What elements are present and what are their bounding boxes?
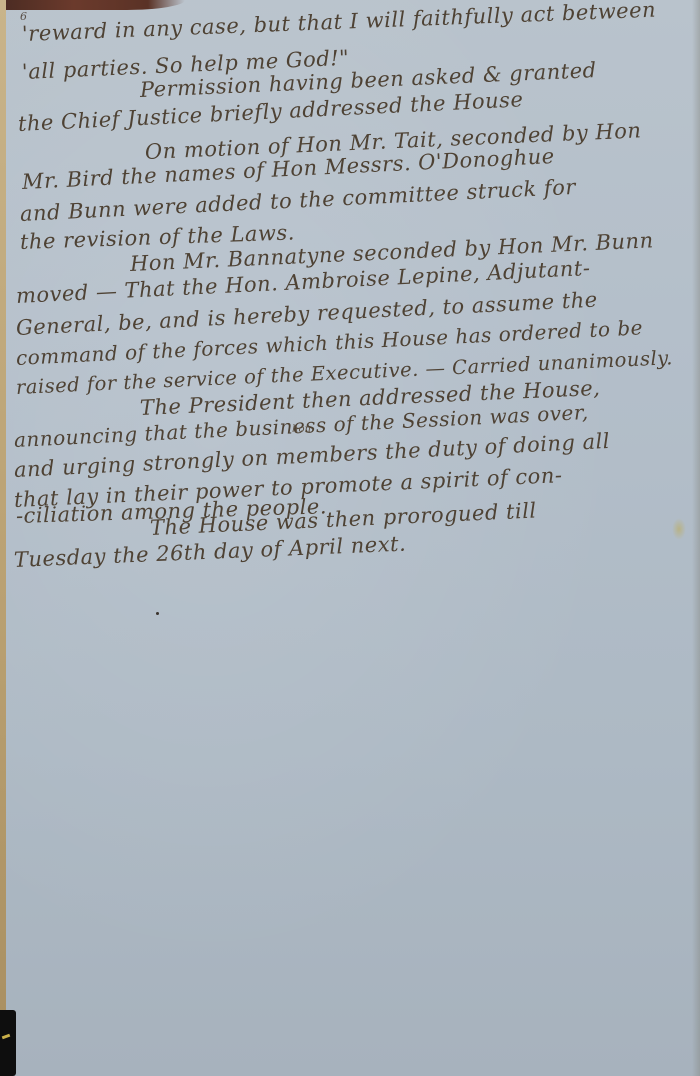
interlinear-insertion: hon <box>292 424 311 435</box>
journal-page: 6 'reward in any case, but that I will f… <box>0 0 700 1076</box>
text-line-20: Tuesday the 26th day of April next. <box>13 532 406 572</box>
page-right-edge <box>692 0 700 1076</box>
page-gutter <box>0 0 6 1076</box>
book-cover-edge <box>0 0 185 10</box>
ink-dot <box>156 612 159 615</box>
binder-clip <box>0 1010 16 1076</box>
paper-stain <box>672 518 686 540</box>
